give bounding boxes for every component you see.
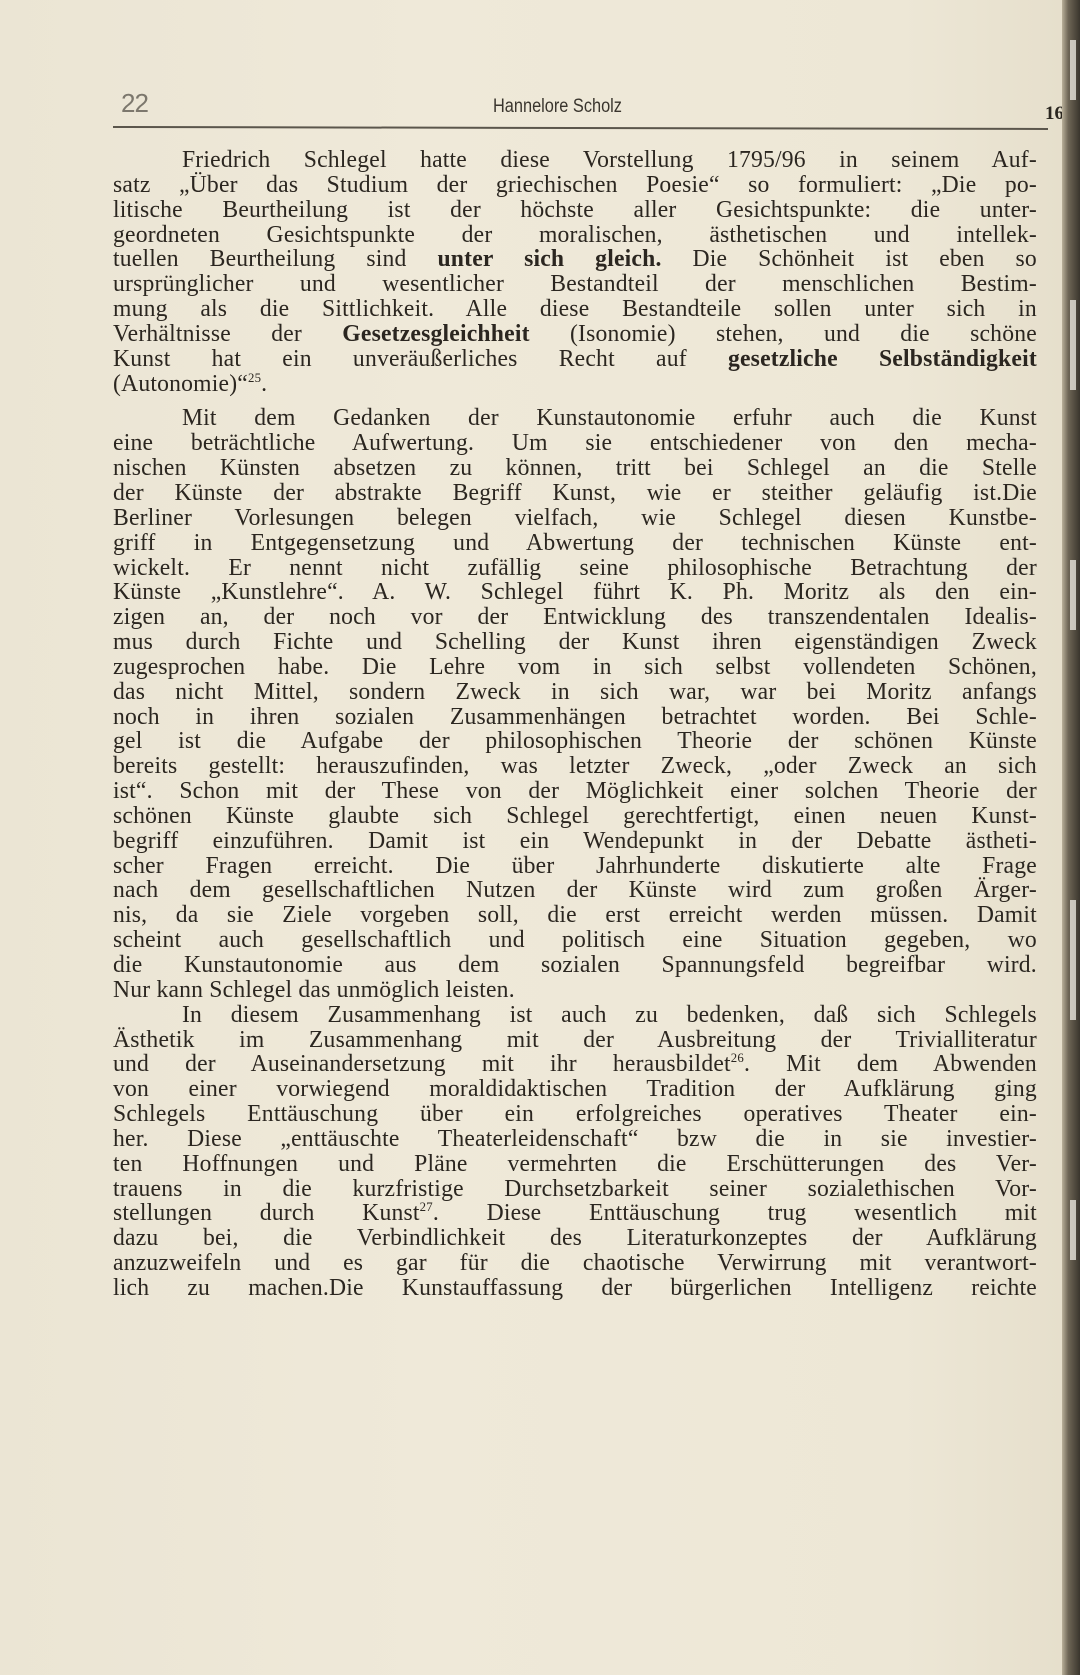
text-line: In diesem Zusammenhang ist auch zu beden… (113, 1003, 1037, 1028)
text-line: die Kunstautonomie aus dem sozialen Span… (113, 953, 1037, 978)
text-line: und der Auseinandersetzung mit ihr herau… (113, 1052, 1037, 1077)
page-number-left: 22 (121, 88, 148, 119)
running-head: 22 Hannelore Scholz 16 (113, 88, 1053, 128)
text-line: tuellen Beurtheilung sind unter sich gle… (113, 247, 1037, 272)
text-line: Friedrich Schlegel hatte diese Vorstellu… (113, 148, 1037, 173)
text-line: Verhältnisse der Gesetzesgleichheit (Iso… (113, 322, 1037, 347)
text-line: schönen Künste glaubte sich Schlegel ger… (113, 804, 1037, 829)
text-line: zugesprochen habe. Die Lehre vom in sich… (113, 655, 1037, 680)
text-line: litische Beurtheilung ist der höchste al… (113, 198, 1037, 223)
text-line: das nicht Mittel, sondern Zweck in sich … (113, 680, 1037, 705)
text-line: trauens in die kurzfristige Durchsetzbar… (113, 1177, 1037, 1202)
text-line: nis, da sie Ziele vorgeben soll, die ers… (113, 903, 1037, 928)
text-line: griff in Entgegensetzung und Abwertung d… (113, 531, 1037, 556)
text-line: dazu bei, die Verbindlichkeit des Litera… (113, 1226, 1037, 1251)
text-line: satz „Über das Studium der griechischen … (113, 173, 1037, 198)
paragraph-2: Mit dem Gedanken der Kunstautonomie erfu… (113, 406, 1051, 1002)
text-line: der Künste der abstrakte Begriff Kunst, … (113, 481, 1037, 506)
text-line: lich zu machen.Die Kunstauffassung der b… (113, 1276, 1037, 1301)
text-line: Mit dem Gedanken der Kunstautonomie erfu… (113, 406, 1037, 431)
text-line: mung als die Sittlichkeit. Alle diese Be… (113, 297, 1037, 322)
text-line: ursprünglicher und wesentlicher Bestandt… (113, 272, 1037, 297)
text-line: anzuzweifeln und es gar für die chaotisc… (113, 1251, 1037, 1276)
text-line: noch in ihren sozialen Zusammenhängen be… (113, 705, 1037, 730)
text-line: bereits gestellt: herauszufinden, was le… (113, 754, 1037, 779)
text-line: gel ist die Aufgabe der philosophischen … (113, 729, 1037, 754)
body-text: Friedrich Schlegel hatte diese Vorstellu… (113, 148, 1051, 1301)
text-line: zigen an, der noch vor der Entwicklung d… (113, 605, 1037, 630)
text-line: scher Fragen erreicht. Die über Jahrhund… (113, 854, 1037, 879)
text-line: mus durch Fichte und Schelling der Kunst… (113, 630, 1037, 655)
text-line: eine beträchtliche Aufwertung. Um sie en… (113, 431, 1037, 456)
text-line: Kunst hat ein unveräußerliches Recht auf… (113, 347, 1037, 372)
text-line: Ästhetik im Zusammenhang mit der Ausbrei… (113, 1028, 1037, 1053)
text-line: Schlegels Enttäuschung über ein erfolgre… (113, 1102, 1037, 1127)
text-line: wickelt. Er nennt nicht zufällig seine p… (113, 556, 1037, 581)
book-gutter-edge (1062, 0, 1080, 1675)
text-line: ten Hoffnungen und Pläne vermehrten die … (113, 1152, 1037, 1177)
text-line: nischen Künsten absetzen zu können, trit… (113, 456, 1037, 481)
text-line: scheint auch gesellschaftlich und politi… (113, 928, 1037, 953)
text-line: (Autonomie)“25. (113, 372, 1037, 397)
text-line: Nur kann Schlegel das unmöglich leisten. (113, 978, 1037, 1003)
text-line: von einer vorwiegend moraldidaktischen T… (113, 1077, 1037, 1102)
text-line: Berliner Vorlesungen belegen vielfach, w… (113, 506, 1037, 531)
book-page: 22 Hannelore Scholz 16 Friedrich Schlege… (0, 0, 1062, 1675)
text-line: begriff einzuführen. Damit ist ein Wende… (113, 829, 1037, 854)
running-head-author: Hannelore Scholz (493, 96, 622, 118)
paragraph-3: In diesem Zusammenhang ist auch zu beden… (113, 1003, 1051, 1301)
text-line: nach dem gesellschaftlichen Nutzen der K… (113, 878, 1037, 903)
text-line: her. Diese „enttäuschte Theaterleidensch… (113, 1127, 1037, 1152)
text-line: stellungen durch Kunst27. Diese Enttäusc… (113, 1201, 1037, 1226)
paragraph-1: Friedrich Schlegel hatte diese Vorstellu… (113, 148, 1051, 396)
text-line: Künste „Kunstlehre“. A. W. Schlegel führ… (113, 580, 1037, 605)
text-line: ist“. Schon mit der These von der Möglic… (113, 779, 1037, 804)
text-line: geordneten Gesichtspunkte der moralische… (113, 223, 1037, 248)
